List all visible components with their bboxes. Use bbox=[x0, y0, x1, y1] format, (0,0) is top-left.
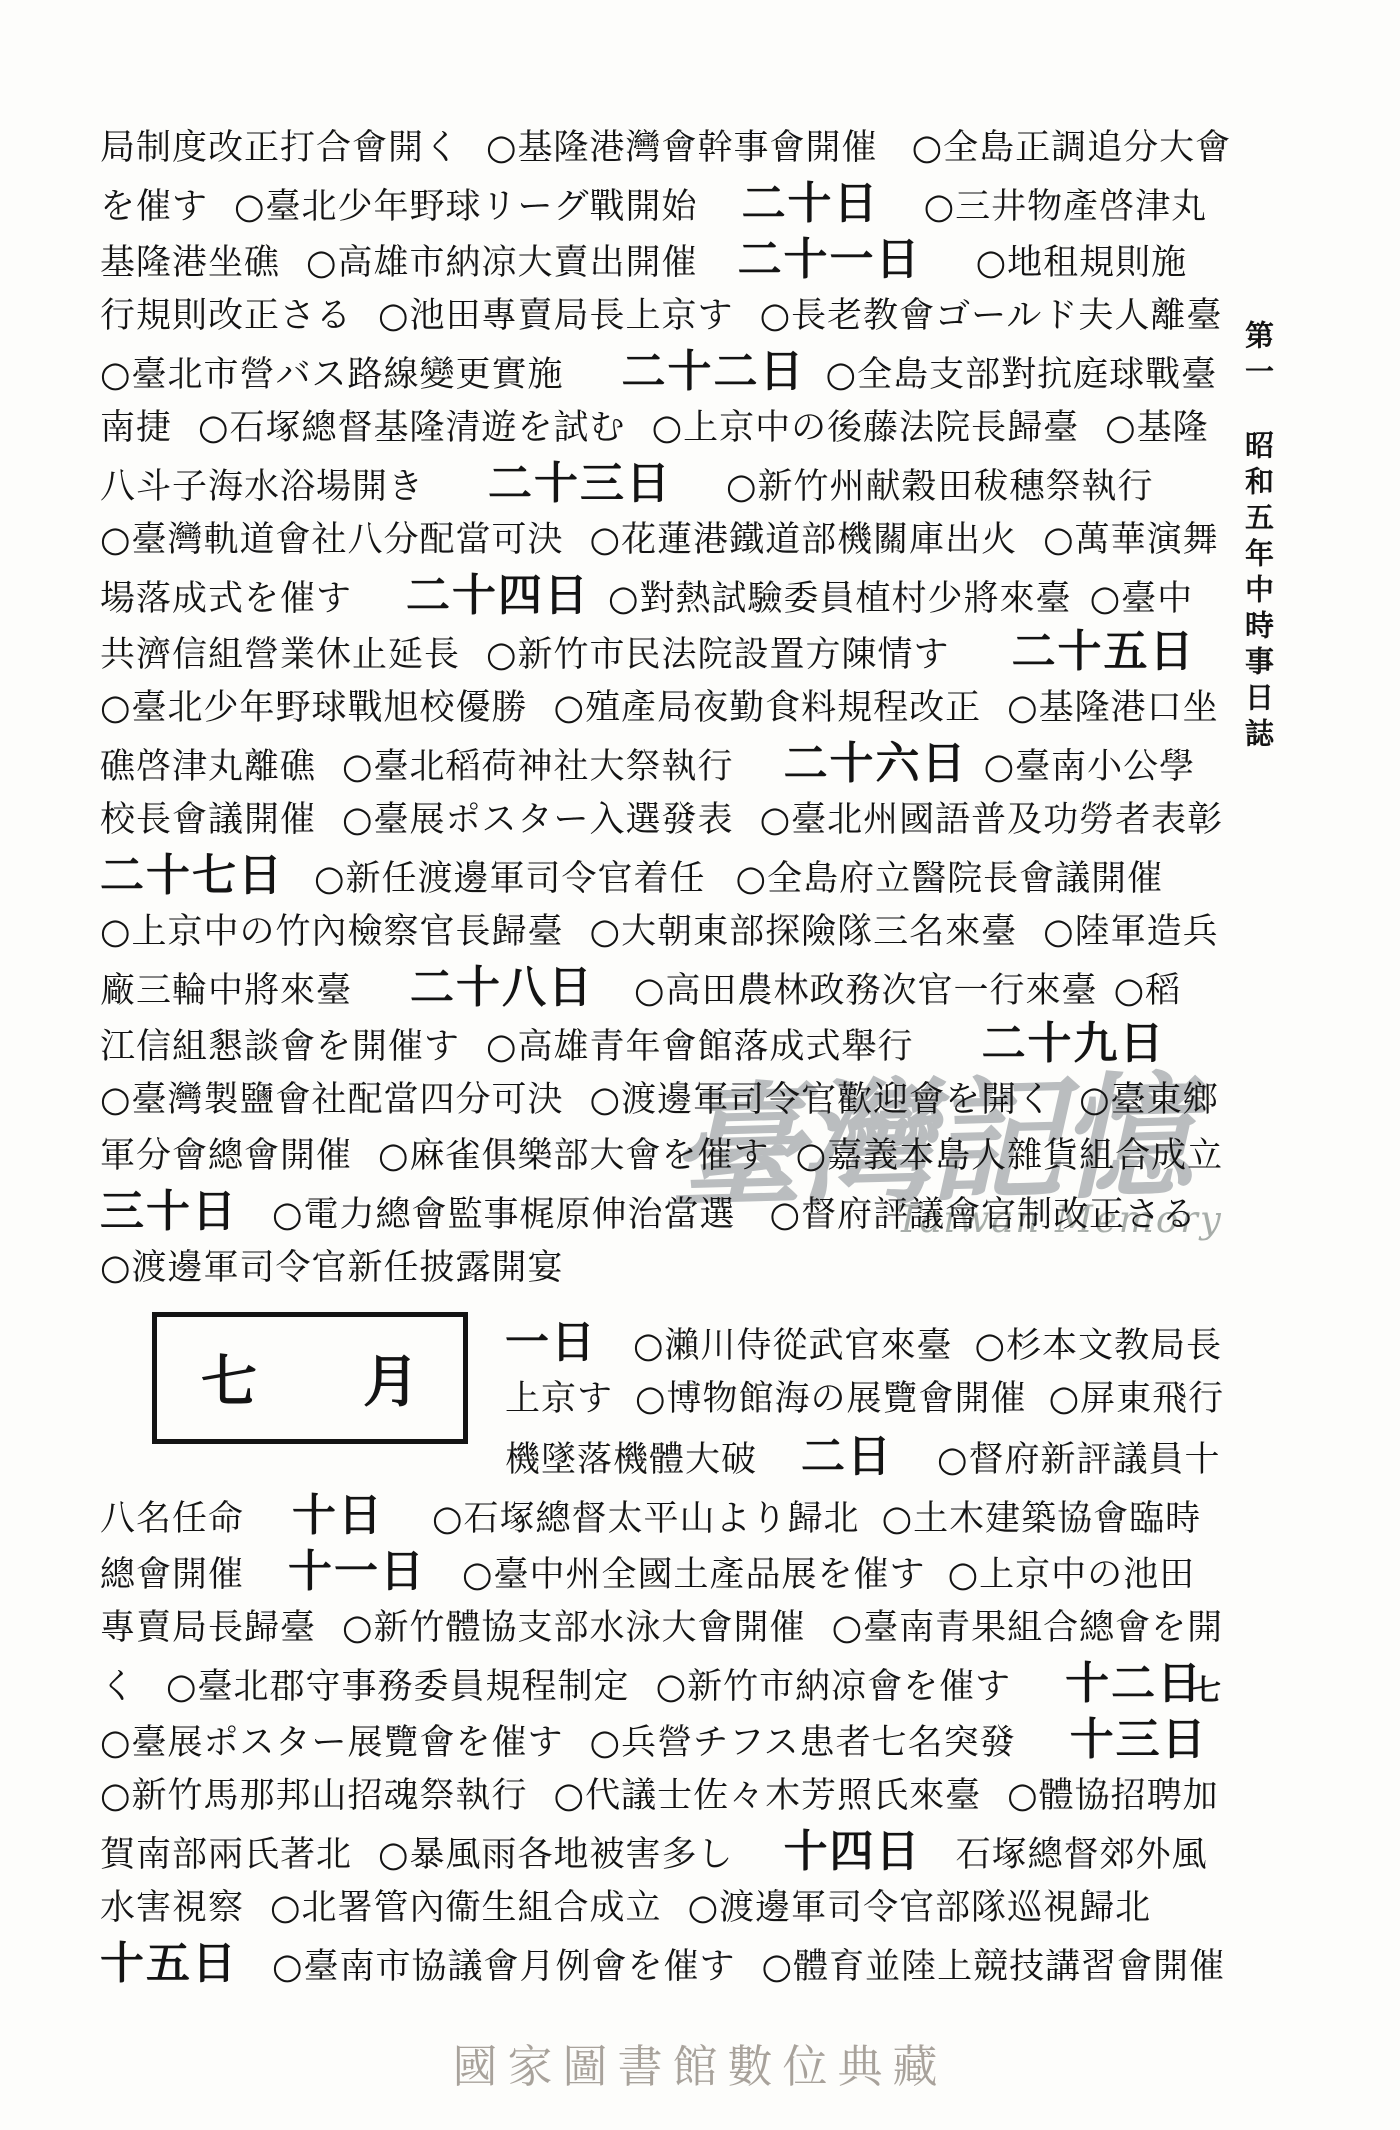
event-text: ○地租規則施 bbox=[976, 235, 1188, 291]
journal-entry-line: 三十日○電力總會監事梶原伸治當選○督府評議會官制改正さる bbox=[100, 1184, 1231, 1240]
event-text: ○臺北郡守事務委員規程制定 bbox=[166, 1659, 630, 1715]
event-text: ○瀨川侍從武官來臺 bbox=[633, 1318, 953, 1375]
event-text: 賀南部兩氏著北 bbox=[100, 1827, 352, 1883]
month-heading-box: 七 月 bbox=[152, 1312, 468, 1444]
journal-entry-line: く○臺北郡守事務委員規程制定○新竹市納凉會を催す十二日 bbox=[100, 1656, 1225, 1712]
journal-entry-line: 二十七日○新任渡邊軍司令官着任○全島府立醫院長會議開催 bbox=[100, 848, 1231, 904]
event-text: ○新竹市納凉會を催す bbox=[656, 1659, 1012, 1715]
event-text: ○臺南市協議會月例會を催す bbox=[272, 1939, 736, 1995]
event-text: ○臺展ポスター展覽會を催す bbox=[100, 1715, 564, 1771]
margin-volume-label: 第一 bbox=[1238, 320, 1279, 392]
journal-entry-line: 水害視察○北署管內衞生組合成立○渡邊軍司令官部隊巡視歸北 bbox=[100, 1880, 1225, 1936]
event-text: 上京す bbox=[505, 1371, 613, 1428]
event-text: ○臺中 bbox=[1090, 571, 1194, 627]
date-label: 二日 bbox=[801, 1428, 893, 1485]
event-text: ○土木建築協會臨時 bbox=[882, 1491, 1202, 1547]
date-label: 二十日 bbox=[742, 176, 880, 232]
event-text: ○對熱試驗委員植村少將來臺 bbox=[608, 571, 1072, 627]
date-label: 二十三日 bbox=[488, 456, 672, 512]
event-text: ○臺灣製鹽會社配當四分可決 bbox=[100, 1072, 564, 1128]
event-text: ○新竹州献穀田秡穗祭執行 bbox=[726, 459, 1154, 515]
journal-entry-line: 局制度改正打合會開く○基隆港灣會幹事會開催○全島正調追分大會 bbox=[100, 120, 1231, 176]
journal-entry-line: ○臺展ポスター展覽會を催す○兵營チフス患者七名突發十三日 bbox=[100, 1712, 1225, 1768]
event-text: 江信組懇談會を開催す bbox=[100, 1019, 460, 1075]
event-text: ○臺北少年野球戰旭校優勝 bbox=[100, 680, 528, 736]
event-text: 水害視察 bbox=[100, 1880, 244, 1936]
event-text: ○石塚總督太平山より歸北 bbox=[432, 1491, 860, 1547]
event-text: ○全島支部對抗庭球戰臺 bbox=[826, 347, 1218, 403]
event-text: 總會開催 bbox=[100, 1547, 244, 1603]
journal-entry-line: 八名任命十日○石塚總督太平山より歸北○土木建築協會臨時 bbox=[100, 1488, 1225, 1544]
event-text: ○體協招聘加 bbox=[1007, 1768, 1219, 1824]
journal-entry-line: 行規則改正さる○池田專賣局長上京す○長老教會ゴールド夫人離臺 bbox=[100, 288, 1231, 344]
event-text: ○督府新評議員十 bbox=[937, 1432, 1221, 1489]
event-text: ○基隆 bbox=[1105, 400, 1209, 456]
event-text: ○上京中の竹內檢察官長歸臺 bbox=[100, 904, 564, 960]
chronicle-july-side-section: 一日○瀨川侍從武官來臺○杉本文教局長上京す○博物館海の展覽會開催○屏東飛行機墜落… bbox=[505, 1314, 1224, 1485]
event-text: 礁啓津丸離礁 bbox=[100, 739, 316, 795]
month-heading-second-char: 月 bbox=[363, 1338, 419, 1418]
journal-entry-line: 總會開催十一日○臺中州全國土產品展を催す○上京中の池田 bbox=[100, 1544, 1225, 1600]
date-label: 二十六日 bbox=[784, 736, 968, 792]
journal-entry-line: 場落成式を催す二十四日○對熱試驗委員植村少將來臺○臺中 bbox=[100, 568, 1231, 624]
journal-entry-line: 廠三輪中將來臺二十八日○高田農林政務次官一行來臺○稻 bbox=[100, 960, 1231, 1016]
journal-entry-line: ○臺北少年野球戰旭校優勝○殖產局夜勤食料規程改正○基隆港口坐 bbox=[100, 680, 1231, 736]
event-text: ○新竹馬那邦山招魂祭執行 bbox=[100, 1768, 528, 1824]
event-text: ○臺北州國語普及功勞者表彰 bbox=[760, 792, 1224, 848]
event-text: ○高雄青年會館落成式舉行 bbox=[486, 1019, 914, 1075]
margin-running-title: 昭和五年中時事日誌 bbox=[1238, 430, 1279, 754]
event-text: ○臺南小公學 bbox=[984, 739, 1196, 795]
chronicle-june-section: 局制度改正打合會開く○基隆港灣會幹事會開催○全島正調追分大會を催す○臺北少年野球… bbox=[100, 120, 1231, 1296]
journal-entry-line: 基隆港坐礁○高雄市納凉大賣出開催二十一日○地租規則施 bbox=[100, 232, 1231, 288]
event-text: ○臺北少年野球リーグ戰開始 bbox=[234, 179, 698, 235]
page-number: 七 bbox=[1192, 1668, 1221, 1709]
event-text: ○渡邊軍司令官新任披露開宴 bbox=[100, 1240, 564, 1296]
event-text: 石塚總督郊外風 bbox=[956, 1827, 1208, 1883]
event-text: 共濟信組營業休止延長 bbox=[100, 627, 460, 683]
event-text: ○暴風雨各地被害多し bbox=[378, 1827, 734, 1883]
event-text: 專賣局長歸臺 bbox=[100, 1600, 316, 1656]
event-text: ○渡邊軍司令官歡迎會を開く bbox=[590, 1072, 1054, 1128]
journal-entry-line: 十五日○臺南市協議會月例會を催す○體育並陸上競技講習會開催 bbox=[100, 1936, 1225, 1992]
event-text: ○新任渡邊軍司令官着任 bbox=[314, 851, 706, 907]
event-text: ○新竹體協支部水泳大會開催 bbox=[342, 1600, 806, 1656]
event-text: を催す bbox=[100, 179, 208, 235]
event-text: ○臺北市營バス路線變更實施 bbox=[100, 347, 564, 403]
date-label: 十二日 bbox=[1065, 1656, 1203, 1712]
journal-entry-line: 八斗子海水浴場開き二十三日○新竹州献穀田秡穗祭執行 bbox=[100, 456, 1231, 512]
date-label: 二十一日 bbox=[738, 232, 922, 288]
event-text: ○稻 bbox=[1114, 963, 1182, 1019]
date-label: 十一日 bbox=[288, 1544, 426, 1600]
date-label: 二十七日 bbox=[100, 848, 284, 904]
event-text: ○長老教會ゴールド夫人離臺 bbox=[760, 288, 1223, 344]
event-text: ○屏東飛行 bbox=[1049, 1371, 1225, 1428]
journal-entry-line: 賀南部兩氏著北○暴風雨各地被害多し十四日石塚總督郊外風 bbox=[100, 1824, 1225, 1880]
journal-entry-line: 江信組懇談會を開催す○高雄青年會館落成式舉行二十九日 bbox=[100, 1016, 1231, 1072]
event-text: 軍分會總會開催 bbox=[100, 1128, 352, 1184]
event-text: く bbox=[100, 1659, 136, 1715]
event-text: 機墜落機體大破 bbox=[505, 1432, 757, 1489]
journal-entry-line: ○渡邊軍司令官新任披露開宴 bbox=[100, 1240, 1231, 1296]
journal-entry-line: 機墜落機體大破二日○督府新評議員十 bbox=[505, 1428, 1224, 1485]
event-text: ○督府評議會官制改正さる bbox=[770, 1187, 1198, 1243]
chronicle-july-full-section: 八名任命十日○石塚總督太平山より歸北○土木建築協會臨時總會開催十一日○臺中州全國… bbox=[100, 1488, 1225, 1992]
journal-entry-line: ○新竹馬那邦山招魂祭執行○代議士佐々木芳照氏來臺○體協招聘加 bbox=[100, 1768, 1225, 1824]
event-text: ○臺東鄉 bbox=[1079, 1072, 1219, 1128]
journal-entry-line: 校長會議開催○臺展ポスター入選發表○臺北州國語普及功勞者表彰 bbox=[100, 792, 1231, 848]
journal-entry-line: 一日○瀨川侍從武官來臺○杉本文教局長 bbox=[505, 1314, 1224, 1371]
event-text: 八名任命 bbox=[100, 1491, 244, 1547]
date-label: 二十八日 bbox=[410, 960, 594, 1016]
event-text: 基隆港坐礁 bbox=[100, 235, 280, 291]
event-text: ○杉本文教局長 bbox=[975, 1318, 1223, 1375]
journal-entry-line: 上京す○博物館海の展覽會開催○屏東飛行 bbox=[505, 1371, 1224, 1428]
event-text: ○石塚總督基隆清遊を試む bbox=[198, 400, 626, 456]
journal-entry-line: ○上京中の竹內檢察官長歸臺○大朝東部探險隊三名來臺○陸軍造兵 bbox=[100, 904, 1231, 960]
event-text: ○高雄市納凉大賣出開催 bbox=[306, 235, 698, 291]
event-text: ○全島正調追分大會 bbox=[912, 120, 1232, 176]
date-label: 二十四日 bbox=[406, 568, 590, 624]
event-text: ○臺北稻荷神社大祭執行 bbox=[342, 739, 734, 795]
date-label: 三十日 bbox=[100, 1184, 238, 1240]
event-text: ○渡邊軍司令官部隊巡視歸北 bbox=[688, 1880, 1152, 1936]
event-text: ○嘉義本島人雜貨組合成立 bbox=[796, 1128, 1224, 1184]
event-text: ○臺中州全國土產品展を催す bbox=[462, 1547, 926, 1603]
event-text: 行規則改正さる bbox=[100, 288, 352, 344]
event-text: ○體育並陸上競技講習會開催 bbox=[762, 1939, 1226, 1995]
event-text: ○陸軍造兵 bbox=[1043, 904, 1219, 960]
date-label: 十三日 bbox=[1070, 1712, 1208, 1768]
event-text: ○臺展ポスター入選發表 bbox=[342, 792, 734, 848]
date-label: 一日 bbox=[505, 1314, 597, 1371]
journal-entry-line: 軍分會總會開催○麻雀俱樂部大會を催す○嘉義本島人雜貨組合成立 bbox=[100, 1128, 1231, 1184]
event-text: ○池田專賣局長上京す bbox=[378, 288, 734, 344]
event-text: 場落成式を催す bbox=[100, 571, 352, 627]
journal-entry-line: 南捷○石塚總督基隆清遊を試む○上京中の後藤法院長歸臺○基隆 bbox=[100, 400, 1231, 456]
event-text: ○臺南青果組合總會を開 bbox=[832, 1600, 1224, 1656]
journal-entry-line: ○臺灣製鹽會社配當四分可決○渡邊軍司令官歡迎會を開く○臺東鄉 bbox=[100, 1072, 1231, 1128]
month-heading-first-char: 七 bbox=[201, 1338, 257, 1418]
event-text: ○電力總會監事梶原伸治當選 bbox=[272, 1187, 736, 1243]
footer-text: 國家圖書館數位典藏 bbox=[0, 2030, 1400, 2095]
date-label: 二十二日 bbox=[622, 344, 806, 400]
journal-entry-line: を催す○臺北少年野球リーグ戰開始二十日○三井物產啓津丸 bbox=[100, 176, 1231, 232]
event-text: ○上京中の池田 bbox=[948, 1547, 1196, 1603]
event-text: ○基隆港灣會幹事會開催 bbox=[486, 120, 878, 176]
event-text: ○麻雀俱樂部大會を催す bbox=[378, 1128, 770, 1184]
event-text: ○代議士佐々木芳照氏來臺 bbox=[554, 1768, 982, 1824]
date-label: 二十九日 bbox=[982, 1016, 1166, 1072]
journal-entry-line: 專賣局長歸臺○新竹體協支部水泳大會開催○臺南青果組合總會を開 bbox=[100, 1600, 1225, 1656]
event-text: ○全島府立醫院長會議開催 bbox=[736, 851, 1164, 907]
event-text: 局制度改正打合會開く bbox=[100, 120, 460, 176]
event-text: ○博物館海の展覽會開催 bbox=[635, 1371, 1027, 1428]
event-text: ○大朝東部探險隊三名來臺 bbox=[590, 904, 1018, 960]
event-text: 南捷 bbox=[100, 400, 172, 456]
journal-entry-line: 共濟信組營業休止延長○新竹市民法院設置方陳情す二十五日 bbox=[100, 624, 1231, 680]
date-label: 十四日 bbox=[784, 1824, 922, 1880]
event-text: ○臺灣軌道會社八分配當可決 bbox=[100, 512, 564, 568]
date-label: 十日 bbox=[292, 1488, 384, 1544]
event-text: ○花蓮港鐵道部機關庫出火 bbox=[590, 512, 1018, 568]
date-label: 二十五日 bbox=[1012, 624, 1196, 680]
event-text: 校長會議開催 bbox=[100, 792, 316, 848]
event-text: ○三井物產啓津丸 bbox=[924, 179, 1208, 235]
journal-entry-line: ○臺北市營バス路線變更實施二十二日○全島支部對抗庭球戰臺 bbox=[100, 344, 1231, 400]
event-text: ○基隆港口坐 bbox=[1007, 680, 1219, 736]
event-text: ○殖產局夜勤食料規程改正 bbox=[554, 680, 982, 736]
journal-entry-line: 礁啓津丸離礁○臺北稻荷神社大祭執行二十六日○臺南小公學 bbox=[100, 736, 1231, 792]
event-text: ○新竹市民法院設置方陳情す bbox=[486, 627, 950, 683]
event-text: ○高田農林政務次官一行來臺 bbox=[634, 963, 1098, 1019]
event-text: 廠三輪中將來臺 bbox=[100, 963, 352, 1019]
event-text: ○上京中の後藤法院長歸臺 bbox=[652, 400, 1080, 456]
journal-entry-line: ○臺灣軌道會社八分配當可決○花蓮港鐵道部機關庫出火○萬華演舞 bbox=[100, 512, 1231, 568]
event-text: ○北署管內衞生組合成立 bbox=[270, 1880, 662, 1936]
date-label: 十五日 bbox=[100, 1936, 238, 1992]
event-text: ○萬華演舞 bbox=[1043, 512, 1219, 568]
event-text: ○兵營チフス患者七名突發 bbox=[590, 1715, 1016, 1771]
event-text: 八斗子海水浴場開き bbox=[100, 459, 424, 515]
